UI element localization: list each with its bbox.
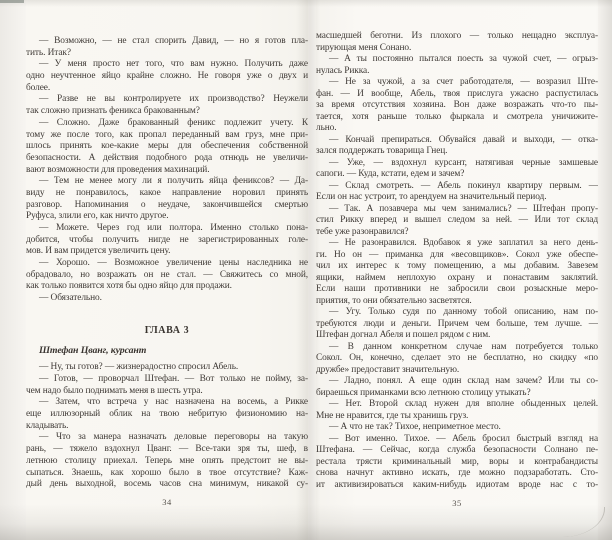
right-page: масшедшей беготни. Из плохого — только н… <box>316 0 598 540</box>
text-line: Мне не нравится, где ты хранишь груз. <box>316 411 598 423</box>
right-page-text: масшедшей беготни. Из плохого — только н… <box>316 0 598 491</box>
text-line: Если он нас устроит, то арендуем на знач… <box>316 192 598 204</box>
text-line: — А ты постоянно пытался поесть за чужой… <box>316 54 598 66</box>
text-line: шлось принять кое-какие меры для обеспеч… <box>26 141 308 153</box>
text-line: добится, чтобы получить нигде не зарегис… <box>26 235 308 247</box>
text-line: — Не за чужой, а за счет работодателя, —… <box>316 77 598 89</box>
text-line: безопасности. А действия подобного рода … <box>26 153 308 165</box>
text-line: — Затем, что встреча у нас назначена на … <box>26 397 308 409</box>
text-line: приятия, то они обязательно засветятся. <box>316 296 598 308</box>
text-line: — Кончай препираться. Обувайся давай и в… <box>316 135 598 147</box>
text-line: Сокол. Он, конечно, сделает это не беспл… <box>316 353 598 365</box>
text-line: — В данном конкретном случае нам потребу… <box>316 342 598 354</box>
text-line: требуются люди и деньги. Причем чем боль… <box>316 319 598 331</box>
text-line: рестала трясти криминальный мир, воры и … <box>316 457 598 469</box>
text-line: как только появится хотя бы одно яйцо дл… <box>26 281 308 293</box>
text-line: — Склад смотреть. — Абель покинул кварти… <box>316 181 598 193</box>
text-line: — Тем не менее могу ли я получить яйца ф… <box>26 176 308 188</box>
text-line: — Хорошо. — Возможное увеличение цены на… <box>26 258 308 270</box>
left-page-lines-before: — Возможно, — не стал спорить Давид, — н… <box>26 36 308 305</box>
chapter-heading: ГЛАВА 3 <box>26 325 308 337</box>
text-line: ит активизироваться каким-нибудь идиотам… <box>316 480 598 492</box>
text-line: ящики, наймем неплохую охрану и понастав… <box>316 273 598 285</box>
text-line: кладывать. <box>26 421 308 433</box>
text-line: — У меня просто нет того, что вам нужно.… <box>26 59 308 71</box>
text-line: ги. Но он — приманка для «весовщиков». С… <box>316 250 598 262</box>
text-line: — Готов, — проворчал Штефан. — Вот тольк… <box>26 374 308 386</box>
text-line: еще иллюзорный облик на твою небритую фи… <box>26 409 308 421</box>
text-line: тирующая меня Сонано. <box>316 43 598 55</box>
text-line: — Разве не вы контролируете их производс… <box>26 94 308 106</box>
text-line: масшедшей беготни. Из плохого — только н… <box>316 31 598 43</box>
right-page-lines: масшедшей беготни. Из плохого — только н… <box>316 31 598 491</box>
text-line: сыпаться. Знаешь, как хорошо было в твое… <box>26 468 308 480</box>
text-line: более. <box>26 83 308 95</box>
text-line: бираешься приманками всю летнюю столицу … <box>316 388 598 400</box>
text-line: — Так. А позавчера мы чем занимались? — … <box>316 204 598 216</box>
text-line: дый день выходной, восемь часов сна мини… <box>26 479 308 491</box>
text-line: — Что за манера назначать деловые перего… <box>26 432 308 444</box>
text-line: так сложно признать феникса бракованным? <box>26 106 308 118</box>
text-line: — Сложно. Даже бракованный феникс подлеж… <box>26 118 308 130</box>
text-line: обрадовало, но возражать он не стал. — С… <box>26 270 308 282</box>
text-line: нулась Рикка. <box>316 66 598 78</box>
text-line: тается, хотя раньше только фыркала и смо… <box>316 112 598 124</box>
text-line: фан. — И вообще, Абель, твоя прислуга уж… <box>316 89 598 101</box>
text-line: виду не понравилось, какое направление н… <box>26 188 308 200</box>
text-line: стил Рикку вперед и вышел следом за ней.… <box>316 215 598 227</box>
text-line: мов. И вам придется увеличить цену. <box>26 246 308 258</box>
text-line: льно. <box>316 123 598 135</box>
book-spread: — Возможно, — не стал спорить Давид, — н… <box>0 0 612 540</box>
left-page-number: 34 <box>26 497 308 507</box>
text-line: дружбе» предоставит значительную. <box>316 365 598 377</box>
text-line: летнюю столицу приехал. Теперь мне опять… <box>26 456 308 468</box>
left-page-lines-after: — Ну, ты готов? — жизнерадостно спросил … <box>26 362 308 491</box>
text-line: тому же после того, как пропал переданны… <box>26 130 308 142</box>
text-line: — Возможно, — не стал спорить Давид, — н… <box>26 36 308 48</box>
text-line: рань, — тяжело вздохнул Цванг. — Все-так… <box>26 444 308 456</box>
text-line: — Ну, ты готов? — жизнерадостно спросил … <box>26 362 308 374</box>
text-line: за время отсутствия хозяина. Вон даже во… <box>316 100 598 112</box>
text-line: — Вот именно. Тихое. — Абель бросил быст… <box>316 434 598 446</box>
text-line: сапоги. — Куда, кстати, едем и зачем? <box>316 169 598 181</box>
text-line: разговор. Напоминания о неудаче, закончи… <box>26 200 308 212</box>
right-edge-shadow <box>596 0 612 540</box>
top-left-corner-mark <box>0 0 24 3</box>
text-line: тебе уже разонравился? <box>316 227 598 239</box>
text-line: тить. Итак? <box>26 48 308 60</box>
text-line: Штефан догнал Абеля и пошел рядом с ним. <box>316 330 598 342</box>
text-line: вают возможности для проведения махинаци… <box>26 165 308 177</box>
text-line: — Нет. Второй склад нужен для вполне обы… <box>316 399 598 411</box>
character-heading: Штефан Цванг, курсант <box>26 345 308 357</box>
text-line: — Не разонравился. Вдобавок я уже заплат… <box>316 238 598 250</box>
text-line: Руфуса, злили его, как ничто другое. <box>26 211 308 223</box>
text-line: — Ладно, понял. А еще один склад нам зач… <box>316 376 598 388</box>
text-line: снова начнут активно искать, где можно п… <box>316 468 598 480</box>
left-edge-shadow <box>0 0 26 540</box>
left-page: — Возможно, — не стал спорить Давид, — н… <box>26 0 308 540</box>
text-line: зался поддержать товарища Гнец. <box>316 146 598 158</box>
text-line: Штефана. — Сейчас, когда служба безопасн… <box>316 445 598 457</box>
text-line: — Можете. Через год или полтора. Именно … <box>26 223 308 235</box>
text-line: — Угу. Только судя по данному тобой опис… <box>316 307 598 319</box>
text-line: — Обязательно. <box>26 293 308 305</box>
right-page-number: 35 <box>316 498 598 508</box>
text-line: Если наши противники не забросили свои р… <box>316 284 598 296</box>
text-line: чем надо было поднимать меня в шесть утр… <box>26 386 308 398</box>
text-line: чил их интерес к тому помещению, а мы до… <box>316 261 598 273</box>
text-line: одно неучтенное яйцо крайне сложно. Не г… <box>26 71 308 83</box>
text-line: — А что не так? Тихое, неприметное место… <box>316 422 598 434</box>
text-line: — Уже, — вздохнул курсант, натягивая чер… <box>316 158 598 170</box>
left-page-text: — Возможно, — не стал спорить Давид, — н… <box>26 0 308 491</box>
